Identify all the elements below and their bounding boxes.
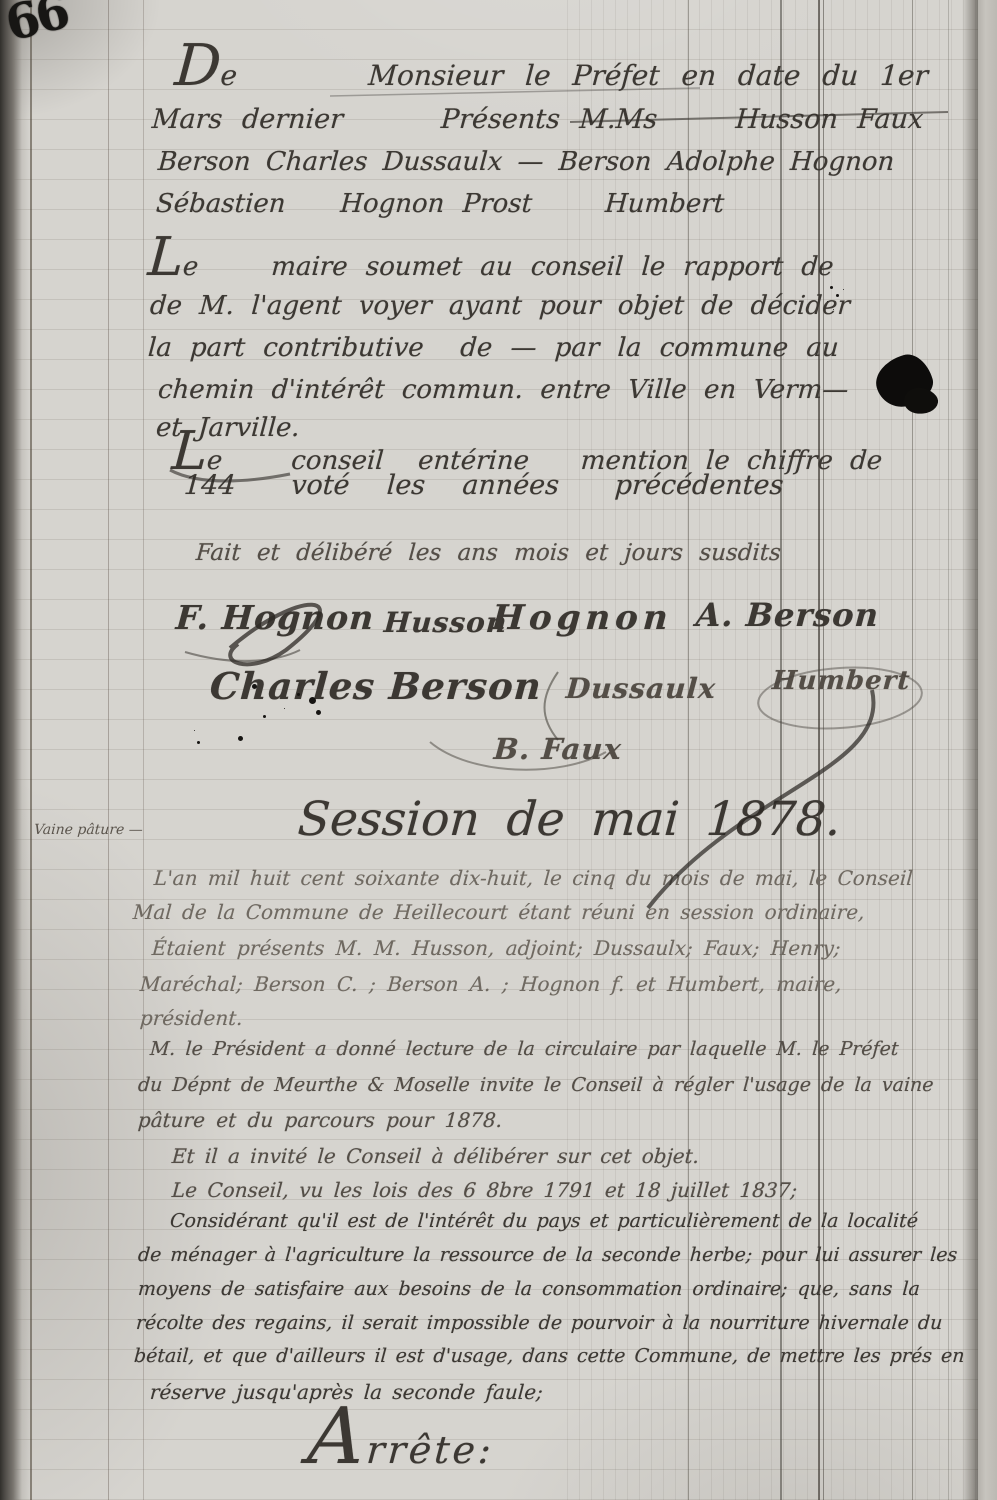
manuscript-line: L'an mil huit cent soixante dix-huit, le… (153, 866, 913, 890)
signature: F. Hognon (175, 598, 376, 637)
manuscript-line: Berson Charles Dussaulx — Berson Adolphe… (157, 147, 895, 177)
manuscript-line: Sébastien Hognon Prost Humbert (155, 189, 725, 219)
ledger-rule (688, 0, 689, 1500)
margin-note: Vaine pâture — (33, 822, 154, 838)
ink-speckle (830, 286, 833, 289)
manuscript-line: de M. l'agent voyer ayant pour objet de … (149, 291, 851, 321)
manuscript-line: du Dépnt de Meurthe & Moselle invite le … (137, 1074, 934, 1096)
manuscript-line: chemin d'intérêt commun. entre Ville en … (157, 375, 849, 405)
session-heading: Session de mai 1878. (296, 792, 843, 847)
manuscript-line: la part contributive de — par la commune… (147, 333, 840, 363)
manuscript-line: Mal de la Commune de Heillecourt étant r… (132, 900, 865, 924)
manuscript-line: Maréchal; Berson C. ; Berson A. ; Hognon… (139, 972, 842, 996)
manuscript-line: récolte des regains, il serait impossibl… (135, 1312, 943, 1334)
manuscript-line: Le Conseil, vu les lois des 6 8bre 1791 … (171, 1178, 798, 1202)
manuscript-line: De Monsieur le Préfet en date du 1er (173, 44, 930, 92)
ledger-rule-double (818, 0, 820, 1500)
manuscript-line: Considérant qu'il est de l'intérêt du pa… (169, 1210, 919, 1232)
margin-rule (108, 0, 109, 1500)
manuscript-line: moyens de satisfaire aux besoins de la c… (137, 1278, 920, 1300)
page-number: 66 (0, 0, 73, 53)
signature: B. Faux (493, 732, 623, 766)
ledger-rule (912, 0, 913, 1500)
signature: Dussaulx (565, 672, 717, 705)
signature: A. Berson (695, 596, 881, 634)
signature: Charles Berson (208, 664, 543, 708)
manuscript-line: M. le Président a donné lecture de la ci… (149, 1038, 899, 1060)
manuscript-line: de ménager à l'agriculture la ressource … (137, 1244, 958, 1266)
signature: Hognon (491, 598, 675, 638)
margin-rule-left (30, 0, 32, 1500)
binding-edge (0, 0, 30, 1500)
ink-splatter (252, 684, 257, 689)
manuscript-line: Et il a invité le Conseil à délibérer su… (171, 1144, 700, 1168)
page-edge-shadow (962, 0, 978, 1500)
manuscript-line: bétail, et que d'ailleurs il est d'usage… (133, 1345, 965, 1367)
manuscript-line: Le maire soumet au conseil le rapport de (146, 238, 835, 282)
signature: Husson (383, 606, 509, 639)
manuscript-line: Mars dernier Présents M.Ms Husson Faux (151, 104, 924, 135)
margin-rule (143, 0, 144, 1500)
manuscript-line: Étaient présents M. M. Husson, adjoint; … (151, 936, 841, 960)
manuscript-page: 66 Vaine pâture — De Monsieur le Préfet … (0, 0, 997, 1500)
ledger-rule (780, 0, 782, 1500)
ledger-rule-double (823, 0, 824, 1500)
next-page-sliver (978, 0, 997, 1500)
ledger-rule (948, 0, 949, 1500)
signature: Humbert (771, 666, 912, 696)
manuscript-line: président. (139, 1006, 243, 1030)
closing-line: Fait et délibéré les ans mois et jours s… (195, 540, 782, 566)
manuscript-line: 144 voté les années précédentes (183, 470, 785, 501)
arrete-heading: Arrête: (306, 1408, 497, 1472)
manuscript-line: pâture et du parcours pour 1878. (137, 1108, 503, 1132)
